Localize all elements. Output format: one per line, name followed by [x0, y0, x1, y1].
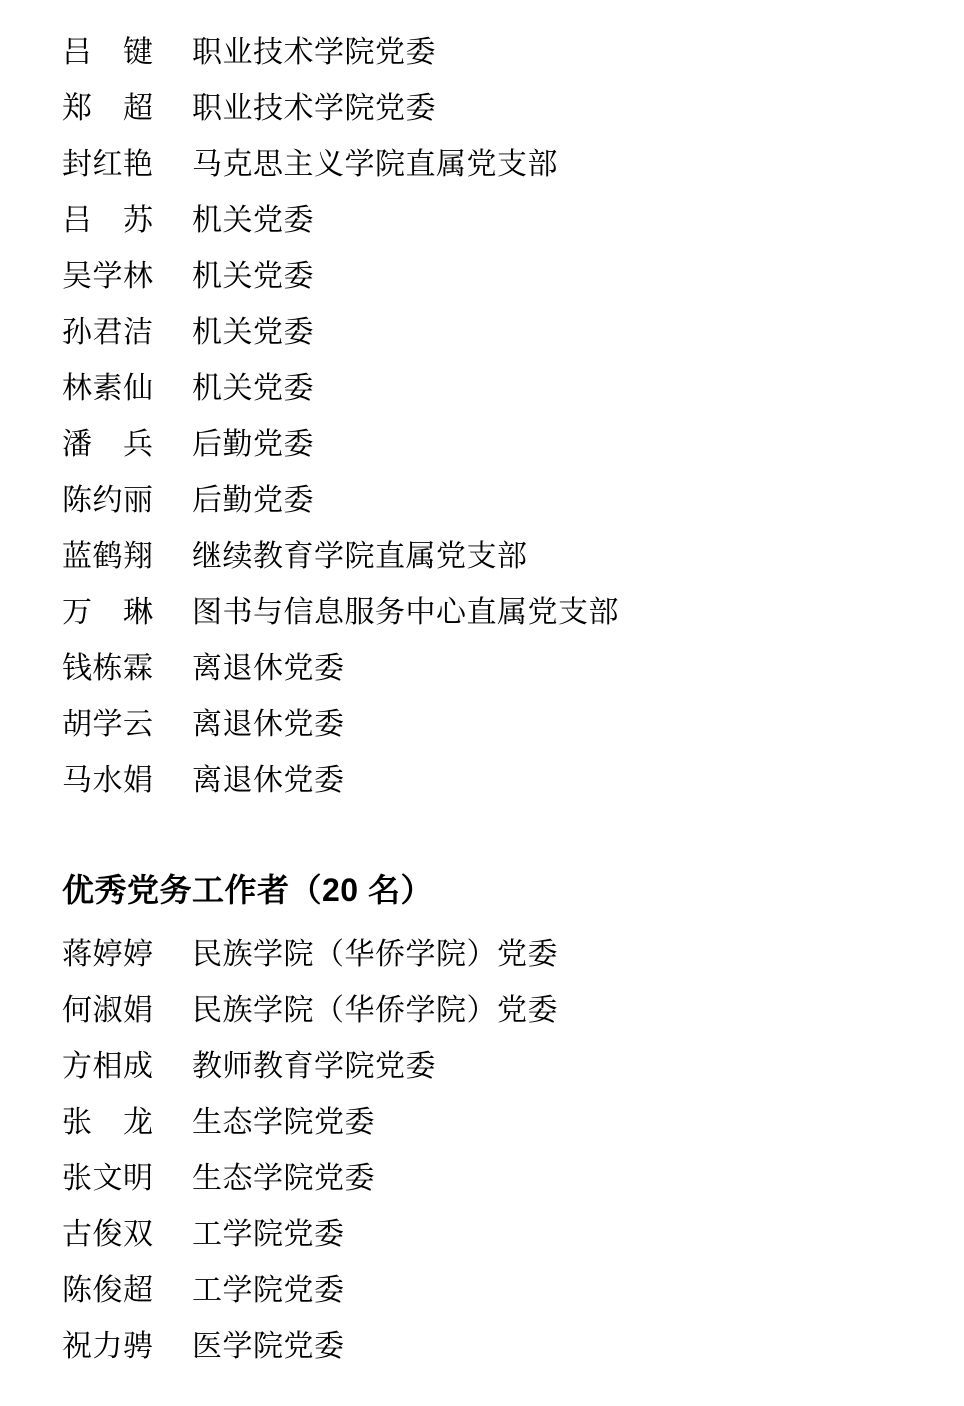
person-name: 张文明 [62, 1164, 154, 1194]
person-name: 孙君洁 [62, 318, 154, 348]
person-name: 郑 超 [62, 94, 154, 124]
person-name: 吕 苏 [62, 206, 154, 236]
organization-name: 生态学院党委 [192, 1164, 375, 1194]
organization-name: 继续教育学院直属党支部 [192, 542, 528, 572]
organization-name: 工学院党委 [192, 1276, 345, 1306]
roster-row: 蒋婷婷 民族学院（华侨学院）党委 [62, 927, 924, 983]
organization-name: 职业技术学院党委 [192, 38, 436, 68]
person-name: 祝力骋 [62, 1332, 154, 1362]
organization-name: 民族学院（华侨学院）党委 [192, 996, 558, 1026]
organization-name: 机关党委 [192, 374, 314, 404]
roster-row: 祝力骋 医学院党委 [62, 1319, 924, 1375]
person-name: 吕 键 [62, 38, 154, 68]
organization-name: 离退休党委 [192, 766, 345, 796]
person-name: 蒋婷婷 [62, 940, 154, 970]
roster-section-continued: 吕 键 职业技术学院党委 郑 超 职业技术学院党委 封红艳 马克思主义学院直属党… [62, 0, 924, 809]
roster-row: 万 琳 图书与信息服务中心直属党支部 [62, 585, 924, 641]
roster-row: 吕 苏 机关党委 [62, 193, 924, 249]
roster-row: 陈约丽 后勤党委 [62, 473, 924, 529]
person-name: 蓝鹤翔 [62, 542, 154, 572]
roster-row: 方相成 教师教育学院党委 [62, 1039, 924, 1095]
organization-name: 马克思主义学院直属党支部 [192, 150, 558, 180]
section-heading-outstanding-party-workers: 优秀党务工作者（20 名） [62, 870, 924, 910]
organization-name: 离退休党委 [192, 710, 345, 740]
organization-name: 离退休党委 [192, 654, 345, 684]
roster-row: 吕 键 职业技术学院党委 [62, 25, 924, 81]
roster-row: 古俊双 工学院党委 [62, 1207, 924, 1263]
roster-row: 潘 兵 后勤党委 [62, 417, 924, 473]
person-name: 潘 兵 [62, 430, 154, 460]
person-name: 封红艳 [62, 150, 154, 180]
roster-row: 陈俊超 工学院党委 [62, 1263, 924, 1319]
document-content: 吕 键 职业技术学院党委 郑 超 职业技术学院党委 封红艳 马克思主义学院直属党… [0, 0, 964, 1375]
roster-row: 钱栋霖 离退休党委 [62, 641, 924, 697]
roster-row: 马水娟 离退休党委 [62, 753, 924, 809]
person-name: 陈约丽 [62, 486, 154, 516]
document-page: 吕 键 职业技术学院党委 郑 超 职业技术学院党委 封红艳 马克思主义学院直属党… [0, 0, 964, 1406]
person-name: 张 龙 [62, 1108, 154, 1138]
organization-name: 工学院党委 [192, 1220, 345, 1250]
person-name: 陈俊超 [62, 1276, 154, 1306]
organization-name: 机关党委 [192, 206, 314, 236]
roster-section-outstanding-party-workers: 蒋婷婷 民族学院（华侨学院）党委 何淑娟 民族学院（华侨学院）党委 方相成 教师… [62, 910, 924, 1375]
organization-name: 生态学院党委 [192, 1108, 375, 1138]
roster-row: 封红艳 马克思主义学院直属党支部 [62, 137, 924, 193]
organization-name: 后勤党委 [192, 486, 314, 516]
person-name: 古俊双 [62, 1220, 154, 1250]
roster-row: 林素仙 机关党委 [62, 361, 924, 417]
roster-row: 张文明 生态学院党委 [62, 1151, 924, 1207]
person-name: 方相成 [62, 1052, 154, 1082]
person-name: 钱栋霖 [62, 654, 154, 684]
roster-row: 郑 超 职业技术学院党委 [62, 81, 924, 137]
organization-name: 医学院党委 [192, 1332, 345, 1362]
organization-name: 教师教育学院党委 [192, 1052, 436, 1082]
person-name: 林素仙 [62, 374, 154, 404]
organization-name: 图书与信息服务中心直属党支部 [192, 598, 619, 628]
organization-name: 机关党委 [192, 318, 314, 348]
roster-row: 孙君洁 机关党委 [62, 305, 924, 361]
person-name: 马水娟 [62, 766, 154, 796]
person-name: 何淑娟 [62, 996, 154, 1026]
roster-row: 胡学云 离退休党委 [62, 697, 924, 753]
person-name: 万 琳 [62, 598, 154, 628]
roster-row: 张 龙 生态学院党委 [62, 1095, 924, 1151]
organization-name: 机关党委 [192, 262, 314, 292]
organization-name: 职业技术学院党委 [192, 94, 436, 124]
organization-name: 民族学院（华侨学院）党委 [192, 940, 558, 970]
organization-name: 后勤党委 [192, 430, 314, 460]
roster-row: 何淑娟 民族学院（华侨学院）党委 [62, 983, 924, 1039]
person-name: 吴学林 [62, 262, 154, 292]
person-name: 胡学云 [62, 710, 154, 740]
roster-row: 吴学林 机关党委 [62, 249, 924, 305]
roster-row: 蓝鹤翔 继续教育学院直属党支部 [62, 529, 924, 585]
